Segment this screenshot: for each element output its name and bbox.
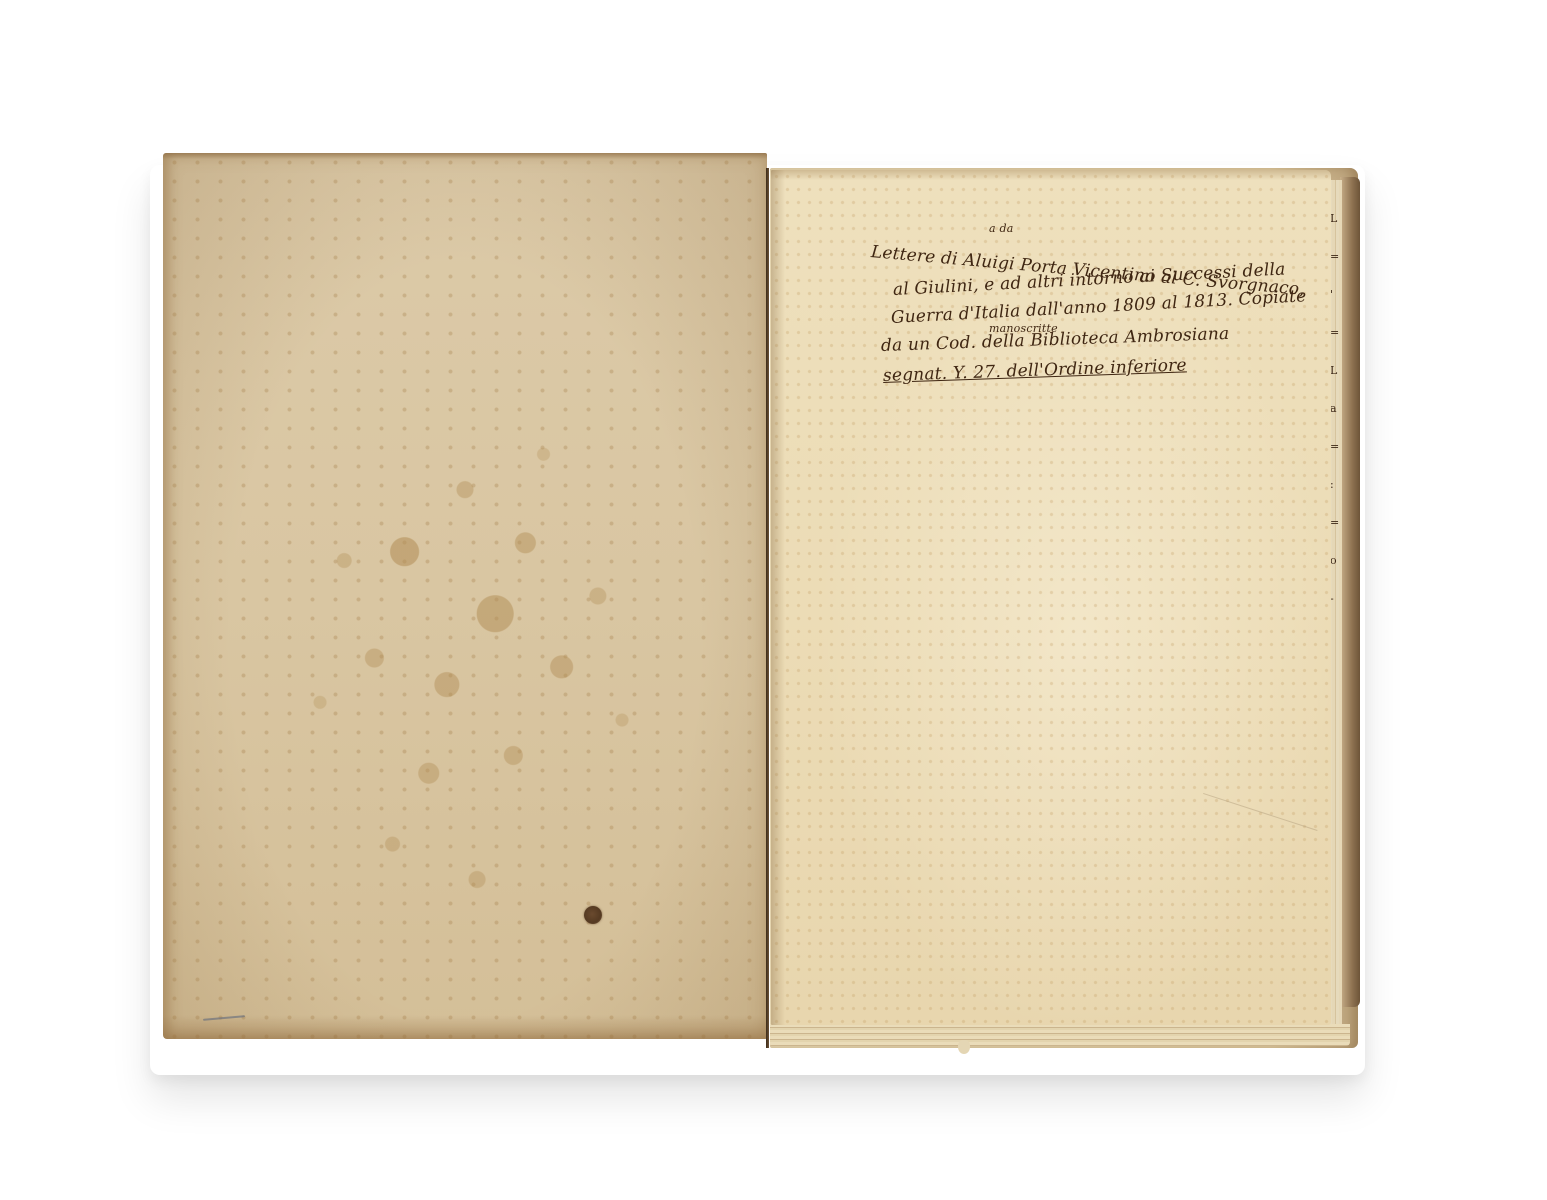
ink-spot (584, 906, 602, 924)
spine-shadow (771, 170, 785, 1025)
fore-edge-ink-marks: L = ' = L a = : = o - (1330, 200, 1342, 1020)
page-edge-top (163, 153, 767, 159)
photo-stage: L = ' = L a = : = o - a da Lettere di Al… (0, 0, 1547, 1200)
torn-paper-fragment (958, 1040, 970, 1054)
back-cover-edge (1340, 177, 1360, 1007)
page-edge-top (771, 170, 1331, 180)
page-edge-bottom (163, 1015, 767, 1039)
gutter (766, 168, 769, 1048)
bottom-edge (770, 1024, 1350, 1046)
inscription-superscript: a da (989, 222, 1013, 235)
left-endpaper (163, 153, 767, 1039)
foxing-stains (163, 153, 767, 1039)
